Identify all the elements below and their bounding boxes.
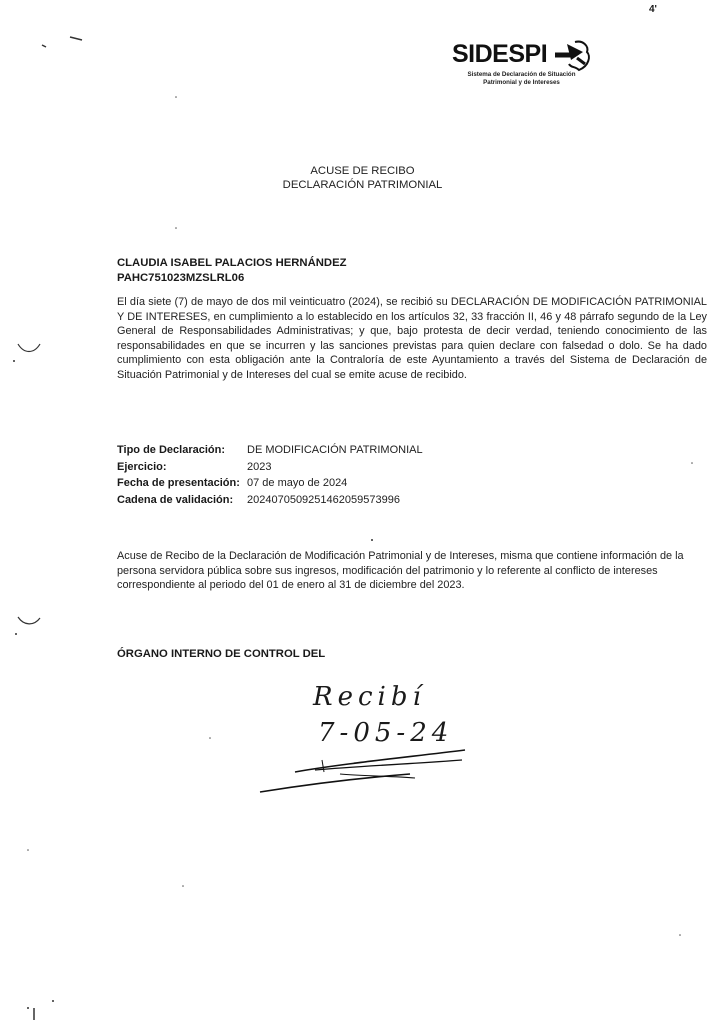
title-line2: DECLARACIÓN PATRIMONIAL <box>0 178 725 192</box>
field-value: 2023 <box>247 459 271 476</box>
receipt-paragraph: El día siete (7) de mayo de dos mil vein… <box>117 295 707 383</box>
field-row-year: Ejercicio: 2023 <box>117 459 423 476</box>
field-value: DE MODIFICACIÓN PATRIMONIAL <box>247 442 423 459</box>
signature-icon <box>240 680 480 800</box>
field-row-validation: Cadena de validación: 202407050925146205… <box>117 492 423 509</box>
summary-paragraph: Acuse de Recibo de la Declaración de Mod… <box>117 549 707 593</box>
field-label: Fecha de presentación: <box>117 475 247 492</box>
declarant-name: CLAUDIA ISABEL PALACIOS HERNÁNDEZ <box>117 256 347 271</box>
field-label: Ejercicio: <box>117 459 247 476</box>
declarant-rfc: PAHC751023MZSLRL06 <box>117 271 347 286</box>
declaration-fields: Tipo de Declaración: DE MODIFICACIÓN PAT… <box>117 442 423 508</box>
logo-subtitle-line2: Patrimonial y de Intereses <box>454 79 589 87</box>
logo-subtitle: Sistema de Declaración de Situación Patr… <box>454 71 589 87</box>
field-label: Tipo de Declaración: <box>117 442 247 459</box>
field-value: 20240705092514620595739​96 <box>247 492 400 509</box>
sidespi-logo: SIDESPI Sistema de Declaración de Situac… <box>452 38 602 93</box>
logo-wordmark: SIDESPI <box>452 40 547 69</box>
scan-marks <box>0 0 725 1024</box>
field-value: 07 de mayo de 2024 <box>247 475 347 492</box>
logo-subtitle-line1: Sistema de Declaración de Situación <box>454 71 589 79</box>
handwritten-receipt: Recibí 7-05-24 <box>240 680 480 800</box>
organ-heading: ÓRGANO INTERNO DE CONTROL DEL <box>117 648 325 660</box>
document-title: ACUSE DE RECIBO DECLARACIÓN PATRIMONIAL <box>0 164 725 192</box>
field-row-type: Tipo de Declaración: DE MODIFICACIÓN PAT… <box>117 442 423 459</box>
declarant-block: CLAUDIA ISABEL PALACIOS HERNÁNDEZ PAHC75… <box>117 256 347 286</box>
arrow-icon <box>553 38 593 74</box>
field-label: Cadena de validación: <box>117 492 247 509</box>
title-line1: ACUSE DE RECIBO <box>0 164 725 178</box>
field-row-date: Fecha de presentación: 07 de mayo de 202… <box>117 475 423 492</box>
page-number: 4' <box>649 4 657 15</box>
